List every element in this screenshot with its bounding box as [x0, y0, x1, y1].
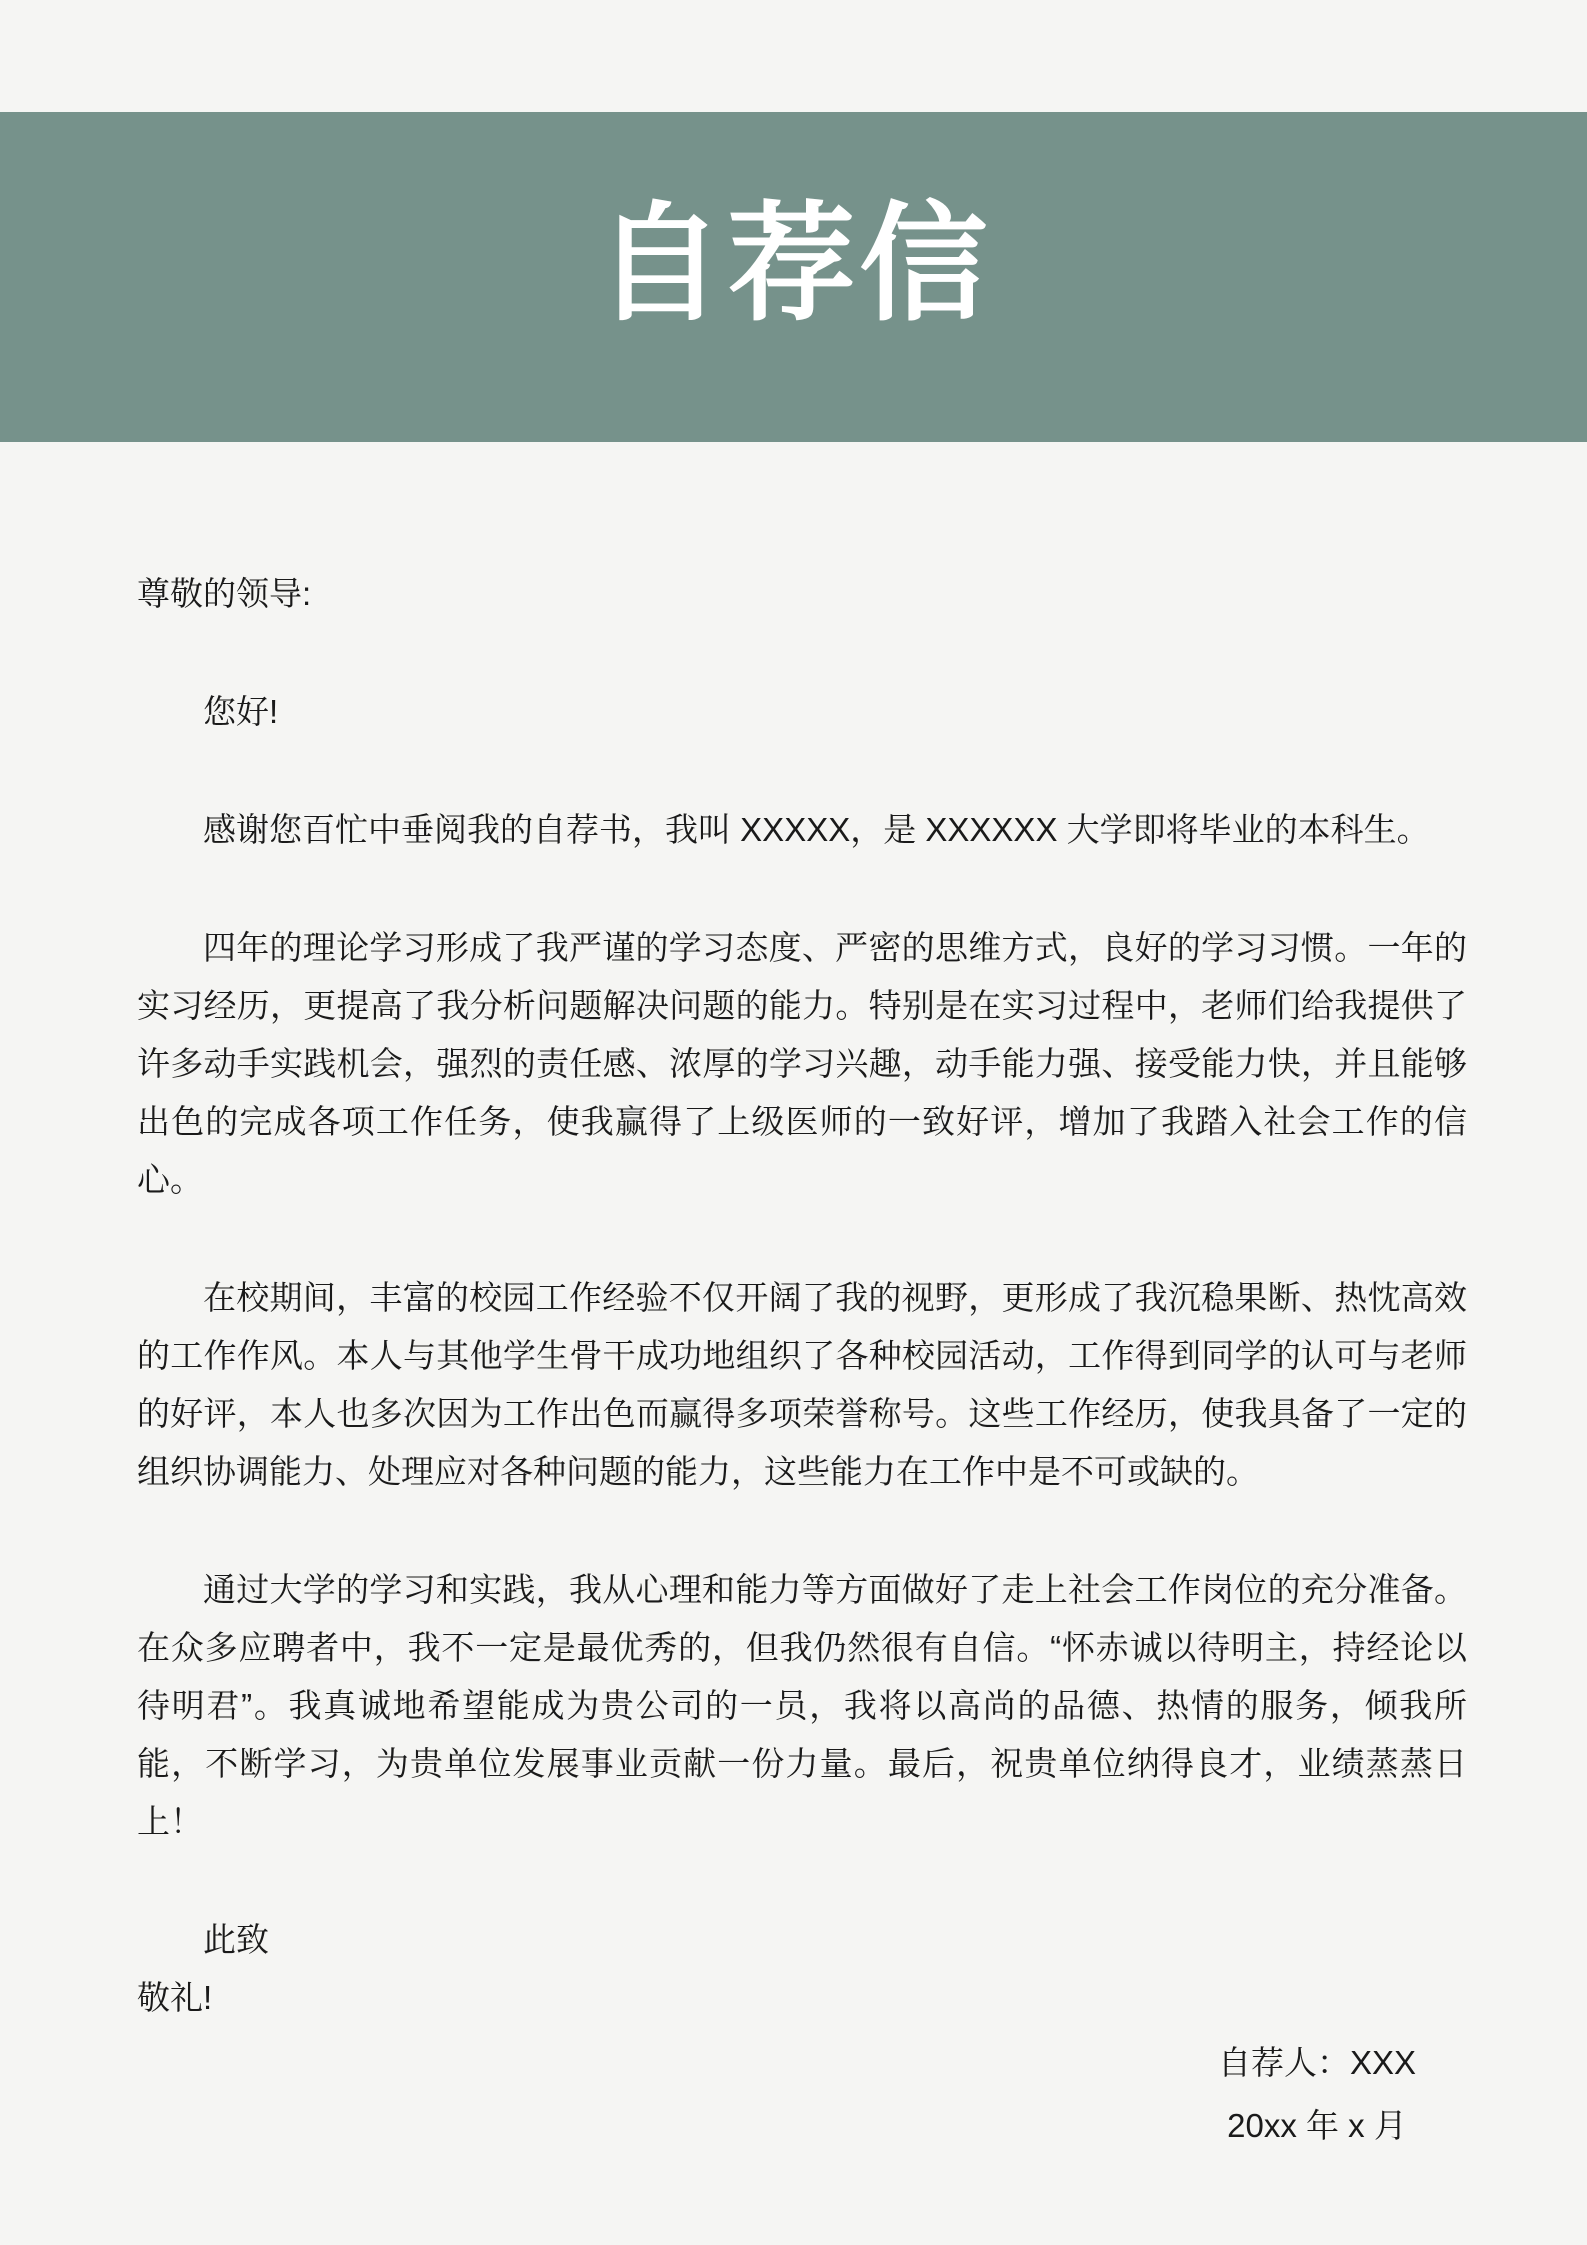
letter-body: 尊敬的领导: 您好! 感谢您百忙中垂阅我的自荐书，我叫 XXXXX，是 XXXX… [0, 442, 1587, 2157]
page-title: 自荐信 [595, 201, 991, 329]
header-band: 自荐信 [0, 112, 1587, 442]
signature-date: 20xx 年 x 月 [1218, 2094, 1416, 2157]
signature-block: 自荐人：XXX 20xx 年 x 月 [1218, 2031, 1416, 2157]
letter-page: 自荐信 尊敬的领导: 您好! 感谢您百忙中垂阅我的自荐书，我叫 XXXXX，是 … [0, 0, 1587, 2245]
closing-jingli: 敬礼! [137, 1969, 1467, 2027]
paragraph-greeting: 您好! [137, 683, 1467, 741]
signature-name: 自荐人：XXX [1218, 2031, 1416, 2094]
paragraph-study: 四年的理论学习形成了我严谨的学习态度、严密的思维方式，良好的学习习惯。一年的实习… [137, 919, 1467, 1209]
paragraph-campus: 在校期间，丰富的校园工作经验不仅开阔了我的视野，更形成了我沉稳果断、热忱高效的工… [137, 1269, 1467, 1501]
paragraph-aspiration: 通过大学的学习和实践，我从心理和能力等方面做好了走上社会工作岗位的充分准备。在众… [137, 1561, 1467, 1851]
top-margin-strip [0, 0, 1587, 112]
closing-cizhi: 此致 [137, 1911, 1467, 1969]
paragraph-intro: 感谢您百忙中垂阅我的自荐书，我叫 XXXXX，是 XXXXXX 大学即将毕业的本… [137, 801, 1467, 859]
salutation: 尊敬的领导: [137, 565, 1467, 623]
signature-area: 自荐人：XXX 20xx 年 x 月 [137, 2031, 1467, 2157]
